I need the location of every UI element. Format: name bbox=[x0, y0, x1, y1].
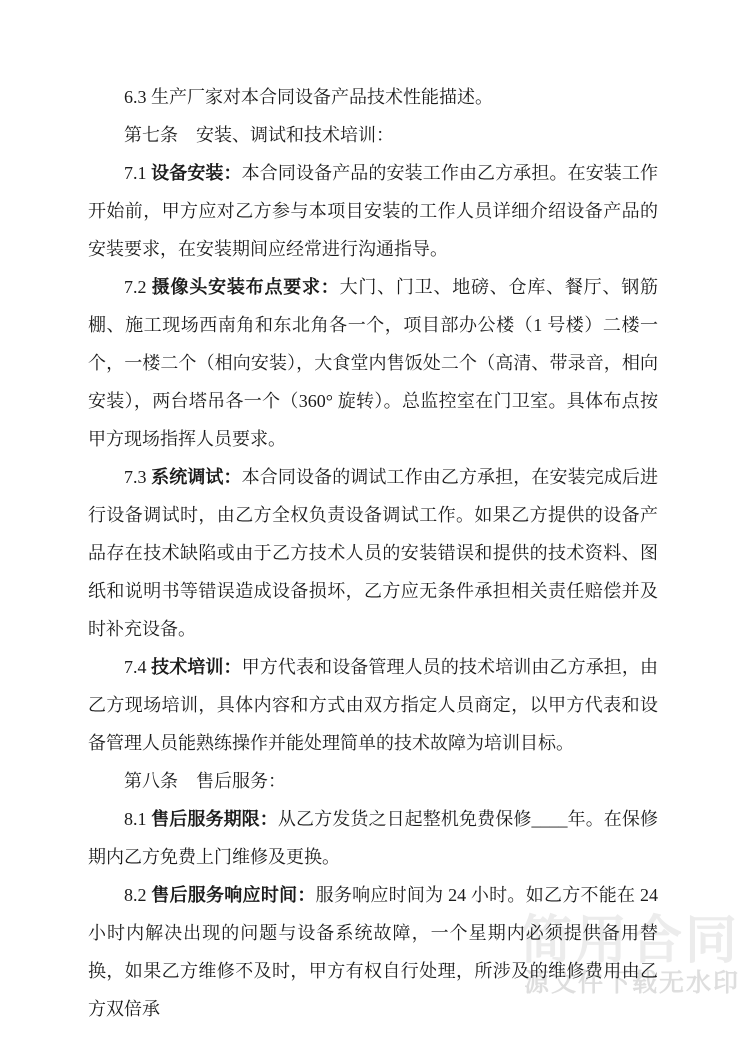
text-run: 6.3 生产厂家对本合同设备产品技术性能描述。 bbox=[124, 87, 493, 107]
document-body: 6.3 生产厂家对本合同设备产品技术性能描述。第七条 安装、调试和技术培训：7.… bbox=[88, 78, 658, 1028]
bold-run: 售后服务响应时间： bbox=[151, 885, 315, 905]
text-run: 8.1 bbox=[124, 809, 151, 829]
bold-run: 设备安装： bbox=[151, 163, 242, 183]
article-8-heading: 第八条 售后服务： bbox=[88, 762, 658, 800]
text-run: 第七条 安装、调试和技术培训： bbox=[124, 125, 394, 145]
text-run: 7.2 bbox=[124, 277, 152, 297]
fill-in-blank: ____ bbox=[531, 809, 567, 829]
text-run: 大门、门卫、地磅、仓库、餐厅、钢筋棚、施工现场西南角和东北角各一个，项目部办公楼… bbox=[88, 277, 658, 449]
article-7-heading: 第七条 安装、调试和技术培训： bbox=[88, 116, 658, 154]
bold-run: 系统调试： bbox=[151, 467, 242, 487]
clause-7-2: 7.2 摄像头安装布点要求：大门、门卫、地磅、仓库、餐厅、钢筋棚、施工现场西南角… bbox=[88, 268, 658, 458]
clause-7-4: 7.4 技术培训：甲方代表和设备管理人员的技术培训由乙方承担，由乙方现场培训，具… bbox=[88, 648, 658, 762]
bold-run: 技术培训： bbox=[151, 657, 242, 677]
text-run: 7.3 bbox=[124, 467, 151, 487]
contract-page: 简用合同 源文件下载无水印 6.3 生产厂家对本合同设备产品技术性能描述。第七条… bbox=[0, 0, 742, 1049]
text-run: 第八条 售后服务： bbox=[124, 771, 286, 791]
bold-run: 售后服务期限： bbox=[151, 809, 278, 829]
clause-7-1: 7.1 设备安装：本合同设备产品的安装工作由乙方承担。在安装工作开始前，甲方应对… bbox=[88, 154, 658, 268]
bold-run: 摄像头安装布点要求： bbox=[152, 277, 340, 297]
text-run: 7.4 bbox=[124, 657, 151, 677]
text-run: 服务响应时间为 24 小时。如乙方不能在 24 小时内解决出现的问题与设备系统故… bbox=[88, 885, 658, 1019]
clause-8-1: 8.1 售后服务期限：从乙方发货之日起整机免费保修____年。在保修期内乙方免费… bbox=[88, 800, 658, 876]
clause-8-2: 8.2 售后服务响应时间：服务响应时间为 24 小时。如乙方不能在 24 小时内… bbox=[88, 876, 658, 1028]
text-run: 本合同设备的调试工作由乙方承担，在安装完成后进行设备调试时，由乙方全权负责设备调… bbox=[88, 467, 658, 639]
clause-6-3: 6.3 生产厂家对本合同设备产品技术性能描述。 bbox=[88, 78, 658, 116]
text-run: 从乙方发货之日起整机免费保修 bbox=[278, 809, 532, 829]
text-run: 7.1 bbox=[124, 163, 151, 183]
clause-7-3: 7.3 系统调试：本合同设备的调试工作由乙方承担，在安装完成后进行设备调试时，由… bbox=[88, 458, 658, 648]
text-run: 8.2 bbox=[124, 885, 151, 905]
